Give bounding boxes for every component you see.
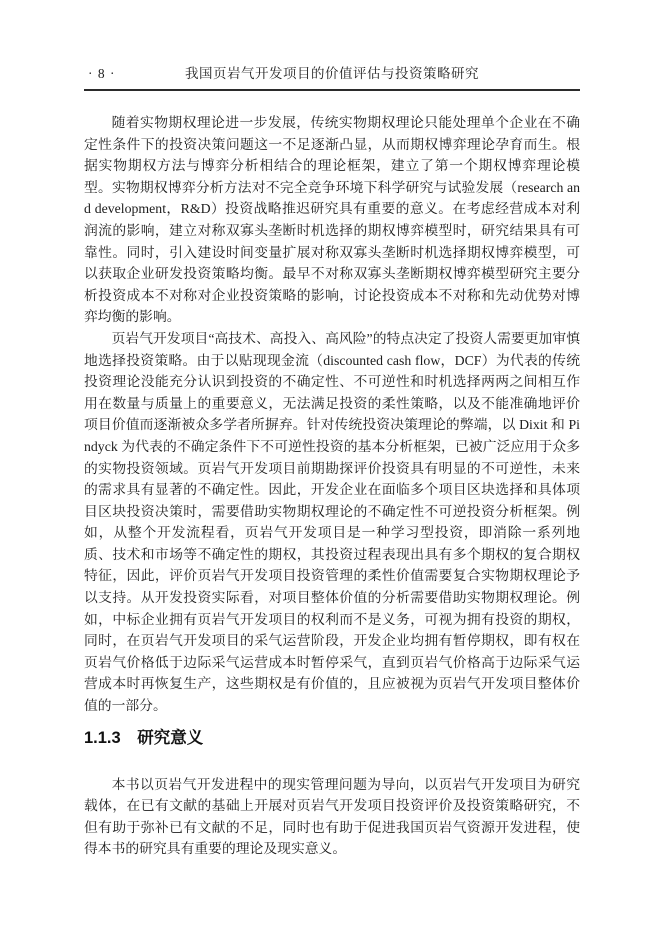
section-heading: 1.1.3研究意义 (84, 728, 580, 748)
paragraph-research-significance: 本书以页岩气开发进程中的现实管理问题为导向，以页岩气开发项目为研究载体，在已有文… (84, 774, 580, 860)
page-number: · 8 · (88, 66, 116, 82)
page-content: 随着实物期权理论进一步发展，传统实物期权理论只能处理单个企业在不确定性条件下的投… (84, 112, 580, 860)
book-page: · 8 · 我国页岩气开发项目的价值评估与投资策略研究 随着实物期权理论进一步发… (0, 0, 661, 925)
running-title: 我国页岩气开发项目的价值评估与投资策略研究 (84, 66, 580, 82)
section-heading-number: 1.1.3 (84, 729, 121, 747)
page-header: · 8 · 我国页岩气开发项目的价值评估与投资策略研究 (84, 66, 580, 91)
paragraph-real-options-game-theory: 随着实物期权理论进一步发展，传统实物期权理论只能处理单个企业在不确定性条件下的投… (84, 112, 580, 328)
section-heading-title: 研究意义 (137, 729, 203, 747)
paragraph-shale-gas-investment: 页岩气开发项目“高技术、高投入、高风险”的特点决定了投资人需要更加审慎地选择投资… (84, 328, 580, 717)
